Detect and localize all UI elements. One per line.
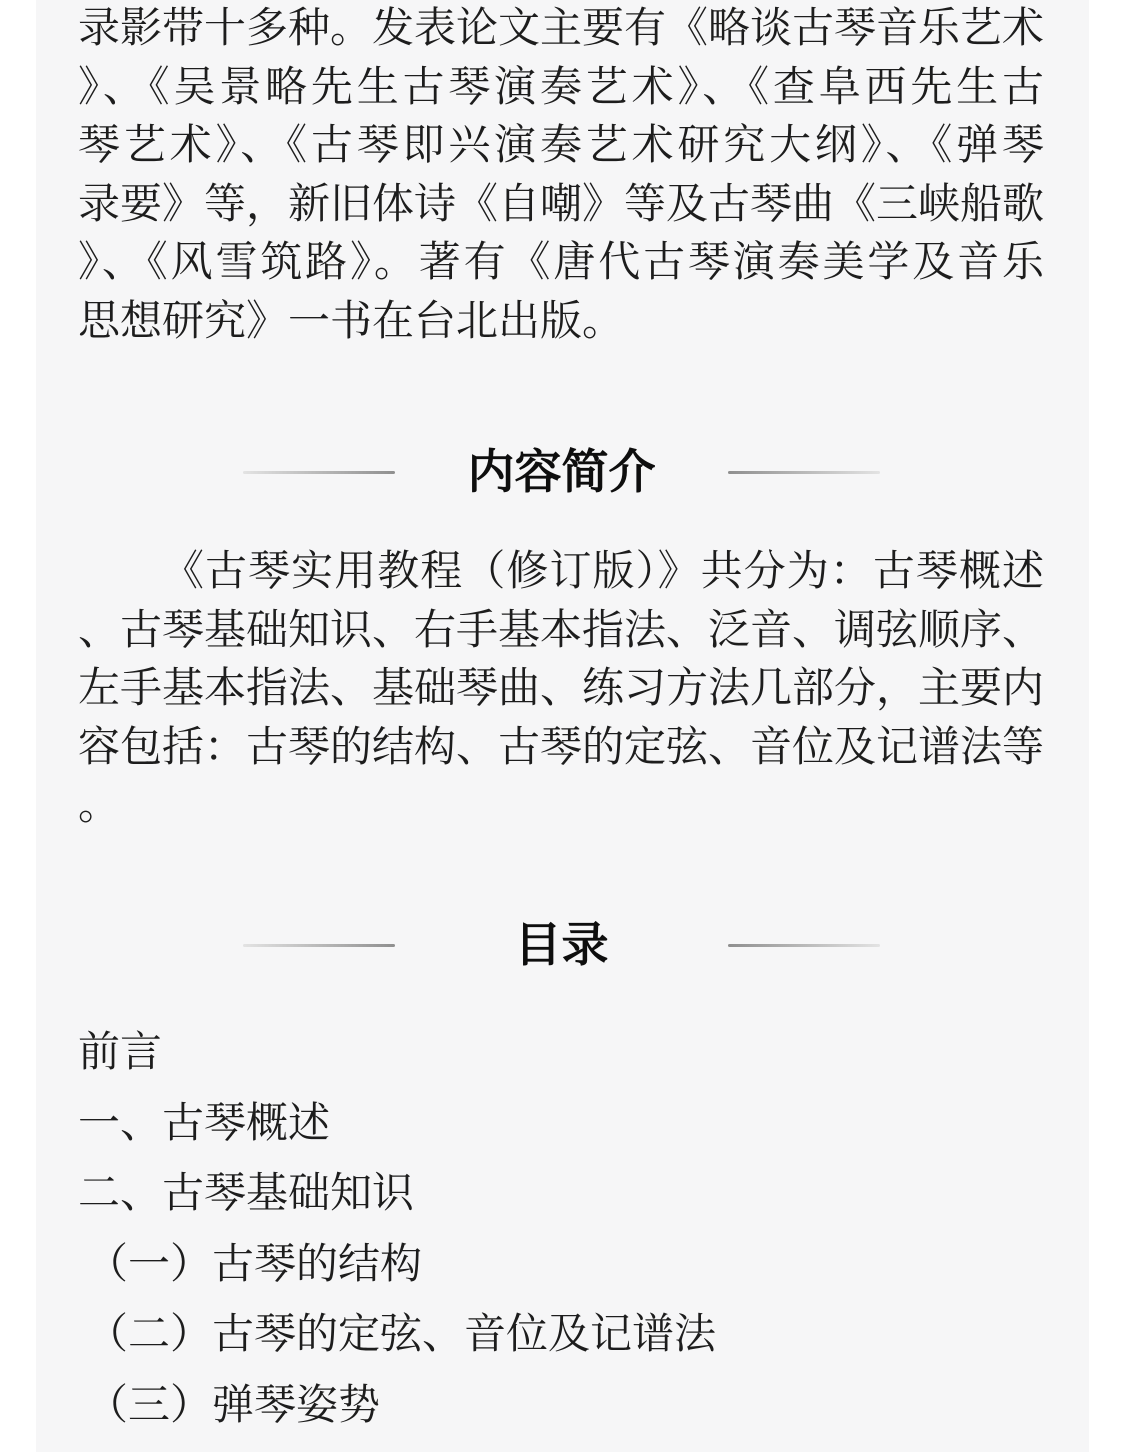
divider-line [728,944,880,947]
toc-item-tuning-notation: （二）古琴的定弦、音位及记谱法 [78,1299,1044,1370]
section-header-toc: 目录 [243,919,880,971]
divider-line [243,944,395,947]
divider-line [243,471,395,474]
paragraph-line: 容包括：古琴的结构、古琴的定弦、音位及记谱法等 [78,718,1044,777]
section-header-intro: 内容简介 [243,446,880,498]
table-of-contents: 前言 一、古琴概述 二、古琴基础知识 （一）古琴的结构 （二）古琴的定弦、音位及… [78,1017,1044,1440]
section-title-toc: 目录 [515,919,609,971]
divider-line [728,471,880,474]
paragraph-line: 录要》等，新旧体诗《自嘲》等及古琴曲《三峡船歌 [78,175,1044,234]
section-title-intro: 内容简介 [468,446,656,498]
paragraph-line: 》、《吴景略先生古琴演奏艺术》、《查阜西先生古 [78,58,1044,117]
toc-item-basics: 二、古琴基础知识 [78,1158,1044,1229]
paragraph-line: 左手基本指法、基础琴曲、练习方法几部分，主要内 [78,659,1044,718]
publications-paragraph: 录影带十多种。发表论文主要有《略谈古琴音乐艺术 》、《吴景略先生古琴演奏艺术》、… [78,0,1044,351]
toc-item-playing-posture: （三）弹琴姿势 [78,1370,1044,1441]
toc-item-overview: 一、古琴概述 [78,1088,1044,1159]
paragraph-line: 琴艺术》、《古琴即兴演奏艺术研究大纲》、《弹琴 [78,116,1044,175]
paragraph-line: 思想研究》一书在台北出版。 [78,292,1044,351]
paragraph-line: 录影带十多种。发表论文主要有《略谈古琴音乐艺术 [78,0,1044,58]
paragraph-line: 》、《风雪筑路》。著有《唐代古琴演奏美学及音乐 [78,233,1044,292]
paragraph-line: 《古琴实用教程（修订版）》共分为：古琴概述 [78,542,1044,601]
intro-paragraph: 《古琴实用教程（修订版）》共分为：古琴概述 、古琴基础知识、右手基本指法、泛音、… [78,542,1044,835]
paragraph-line: 、古琴基础知识、右手基本指法、泛音、调弦顺序、 [78,601,1044,660]
toc-item-preface: 前言 [78,1017,1044,1088]
toc-item-structure: （一）古琴的结构 [78,1229,1044,1300]
paragraph-line: 。 [78,776,1044,835]
